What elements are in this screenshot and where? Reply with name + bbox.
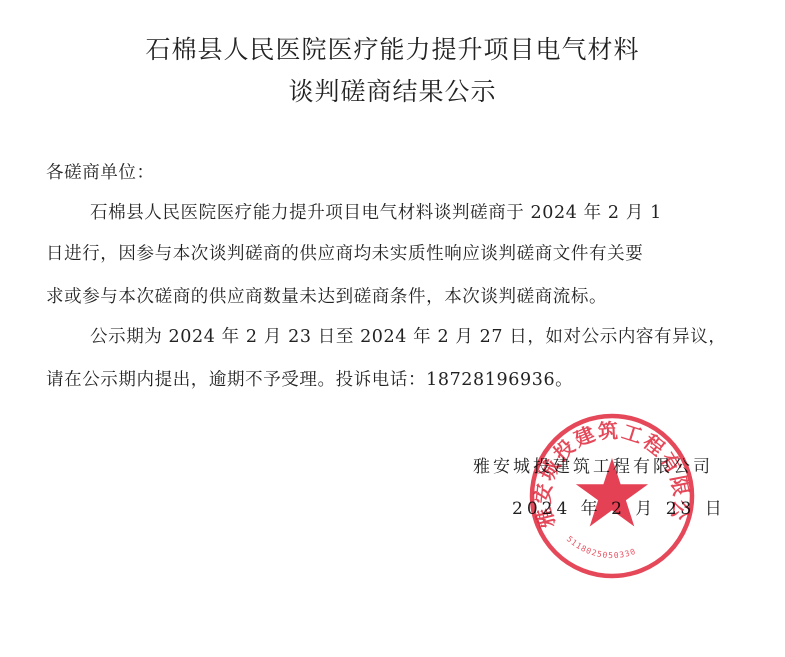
paragraph-line: 公示期为 2024 年 2 月 23 日至 2024 年 2 月 27 日，如对… xyxy=(90,323,726,348)
signature-company: 雅安城投建筑工程有限公司 xyxy=(473,452,713,477)
paragraph-line: 请在公示期内提出，逾期不予受理。投诉电话：18728196936。 xyxy=(46,366,573,391)
paragraph-line: 日进行，因参与本次谈判磋商的供应商均未实质性响应谈判磋商文件有关要 xyxy=(46,240,643,265)
signature-date: 2024 年 2 月 23 日 xyxy=(512,494,726,519)
document-title-line2: 谈判磋商结果公示 xyxy=(0,72,785,108)
paragraph-line: 石棉县人民医院医疗能力提升项目电气材料谈判磋商于 2024 年 2 月 1 xyxy=(90,199,662,224)
stamp-code: 5118025050330 xyxy=(565,534,638,560)
svg-text:5118025050330: 5118025050330 xyxy=(565,534,638,560)
document-title-line1: 石棉县人民医院医疗能力提升项目电气材料 xyxy=(0,30,785,66)
paragraph-line: 求或参与本次磋商的供应商数量未达到磋商条件，本次谈判磋商流标。 xyxy=(46,283,607,308)
salutation: 各磋商单位： xyxy=(46,159,155,184)
